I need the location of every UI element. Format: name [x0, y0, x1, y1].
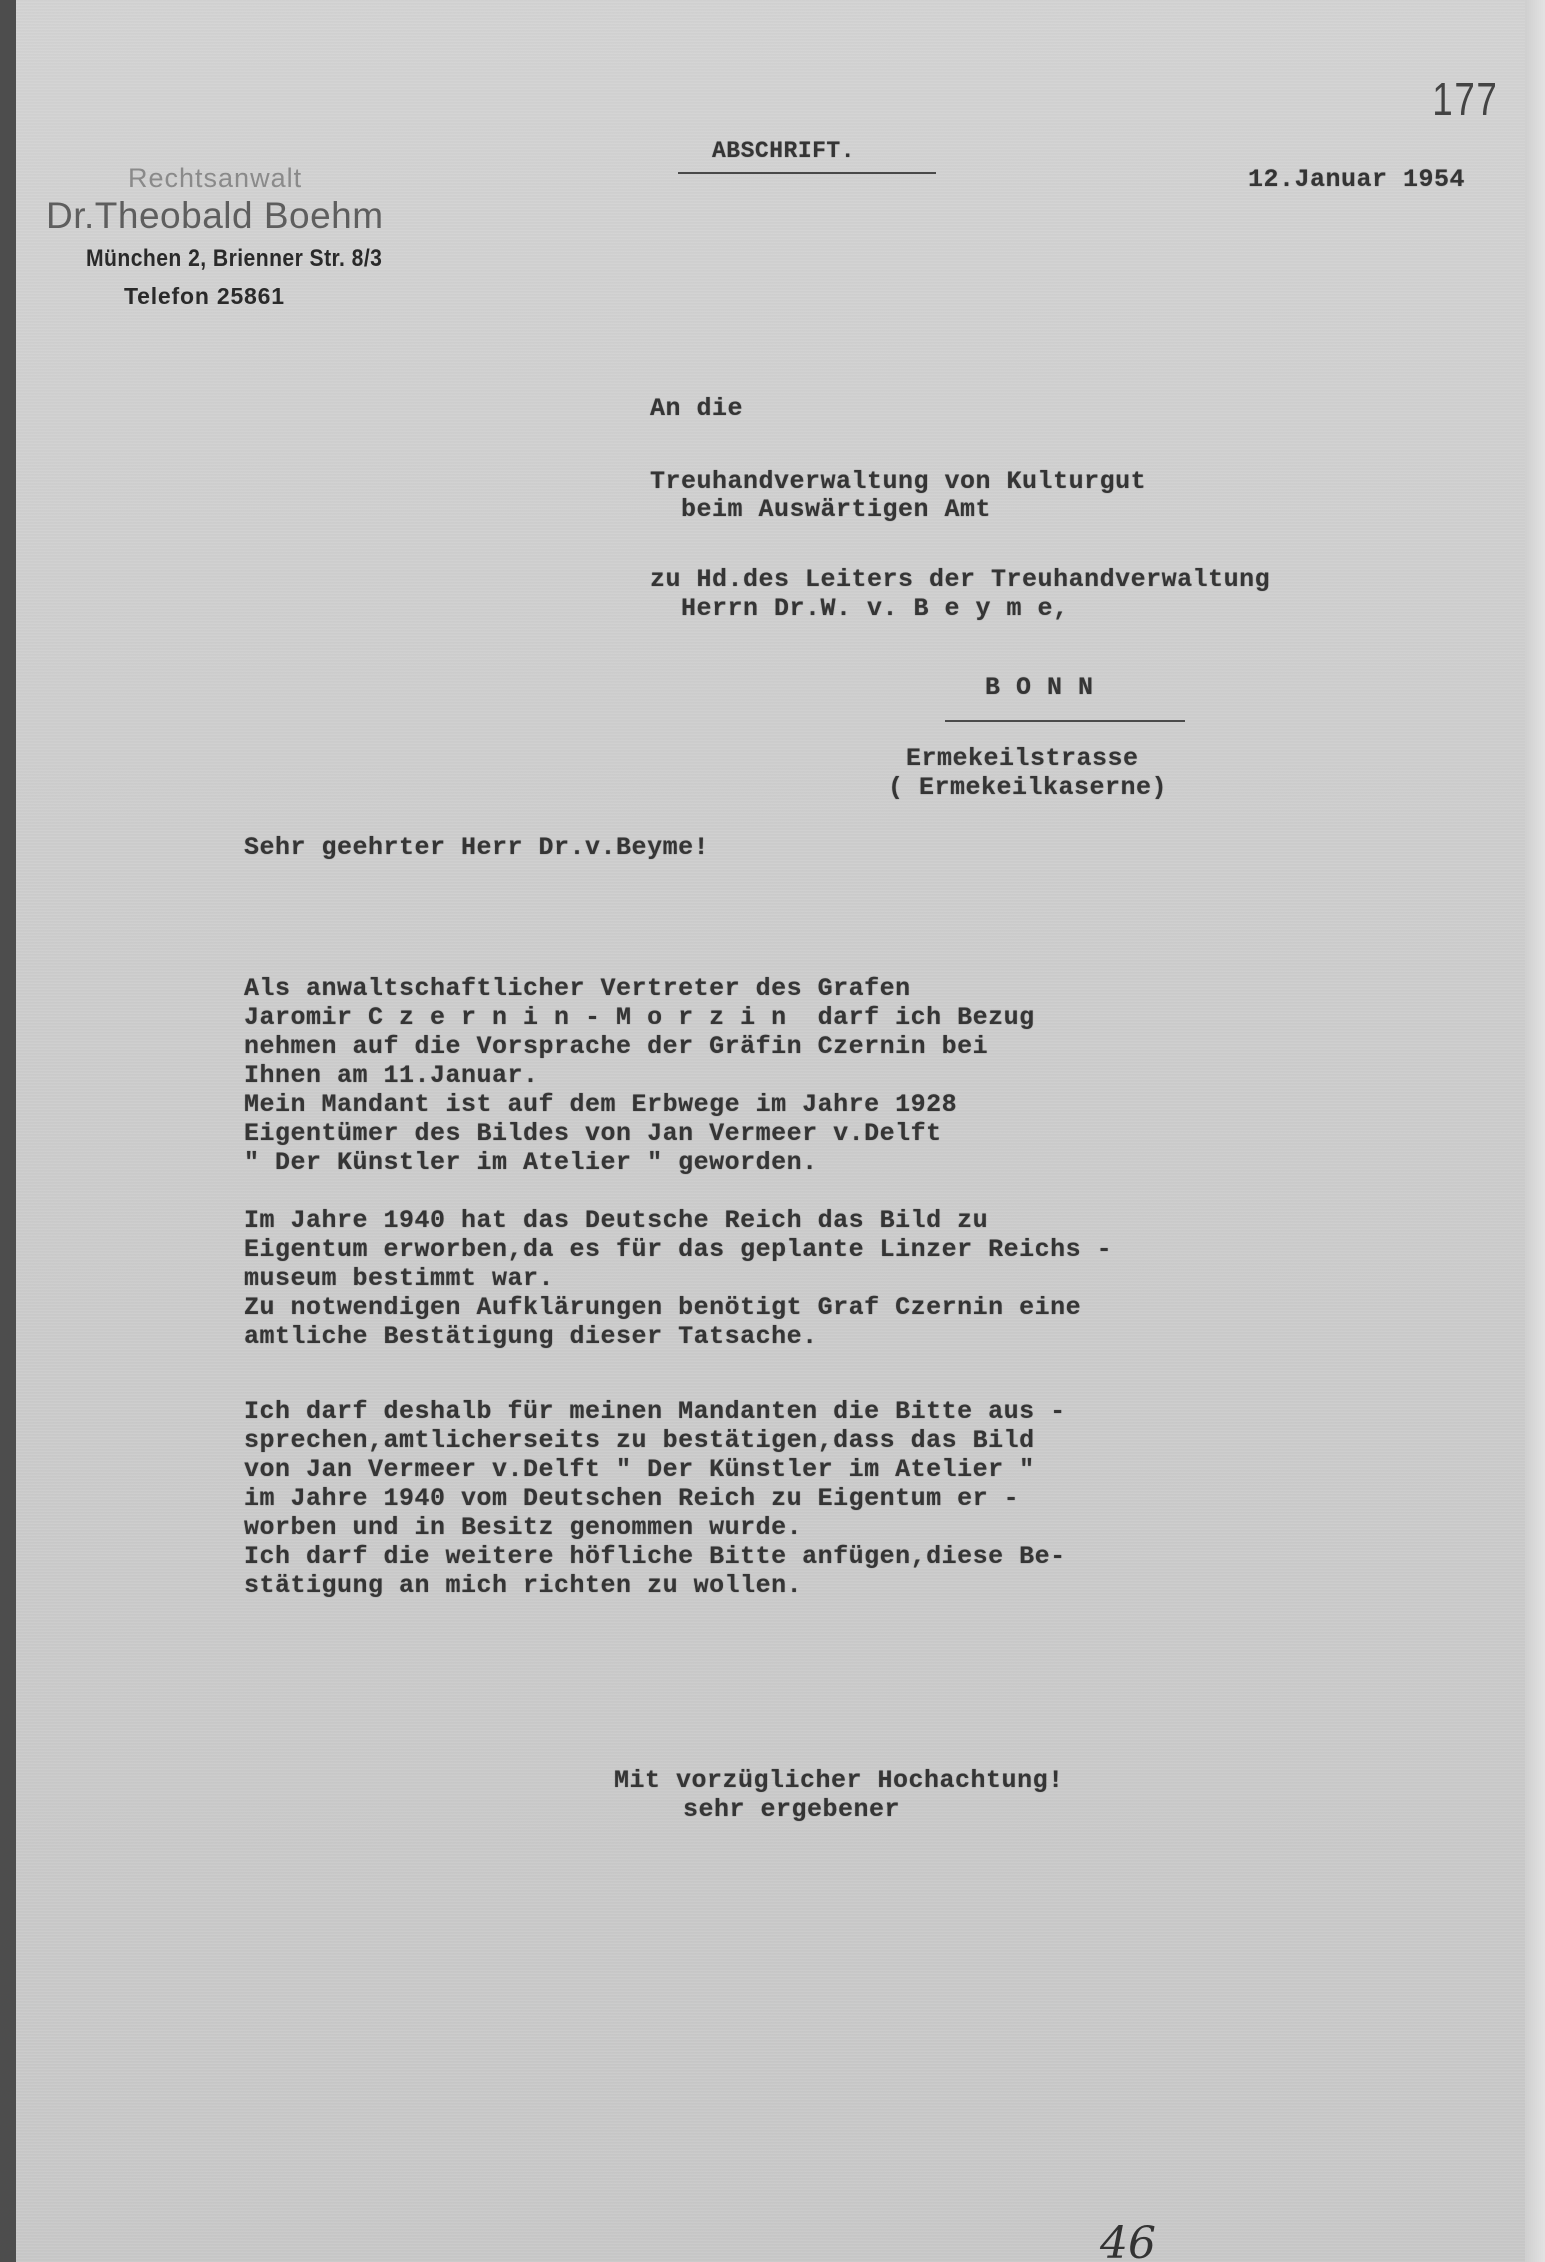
- body-line: Ich darf die weitere höfliche Bitte anfü…: [244, 1543, 1066, 1571]
- letter-date: 12.Januar 1954: [1248, 166, 1465, 194]
- body-line: Ich darf deshalb für meinen Mandanten di…: [244, 1398, 1066, 1426]
- header-label: ABSCHRIFT.: [712, 137, 855, 165]
- handwritten-page-number: 46: [1100, 2218, 1156, 2262]
- body-line: " Der Künstler im Atelier " geworden.: [244, 1149, 818, 1177]
- scan-left-border: [0, 0, 16, 2262]
- scan-right-border: [1525, 0, 1545, 2262]
- city-underline: [945, 720, 1185, 722]
- closing-line: sehr ergebener: [652, 1796, 900, 1824]
- body-line: nehmen auf die Vorsprache der Gräfin Cze…: [244, 1033, 988, 1061]
- body-line: sprechen,amtlicherseits zu bestätigen,da…: [244, 1427, 1035, 1455]
- letterhead-phone: Telefon 25861: [124, 283, 285, 310]
- greeting: Sehr geehrter Herr Dr.v.Beyme!: [244, 834, 709, 862]
- body-line: Ihnen am 11.Januar.: [244, 1062, 539, 1090]
- recipient-org-line: beim Auswärtigen Amt: [650, 496, 991, 524]
- body-line: Jaromir C z e r n i n - M o r z i n darf…: [244, 1004, 1035, 1032]
- letterhead-name: Dr.Theobald Boehm: [46, 195, 384, 237]
- body-line: im Jahre 1940 vom Deutschen Reich zu Eig…: [244, 1485, 1019, 1513]
- body-line: museum bestimmt war.: [244, 1265, 554, 1293]
- body-line: Zu notwendigen Aufklärungen benötigt Gra…: [244, 1294, 1081, 1322]
- recipient-street-line: Ermekeilstrasse: [906, 745, 1139, 773]
- recipient-attention-line: Herrn Dr.W. v. B e y m e,: [650, 595, 1069, 623]
- letterhead-title: Rechtsanwalt: [128, 163, 302, 194]
- body-line: amtliche Bestätigung dieser Tatsache.: [244, 1323, 818, 1351]
- body-line: Mein Mandant ist auf dem Erbwege im Jahr…: [244, 1091, 957, 1119]
- body-line: worben und in Besitz genommen wurde.: [244, 1514, 802, 1542]
- recipient-attention-line: zu Hd.des Leiters der Treuhandverwaltung: [650, 566, 1270, 594]
- body-line: Als anwaltschaftlicher Vertreter des Gra…: [244, 975, 911, 1003]
- body-line: Eigentümer des Bildes von Jan Vermeer v.…: [244, 1120, 942, 1148]
- folio-number: 177: [1432, 72, 1498, 126]
- recipient-city: B O N N: [985, 674, 1094, 702]
- letterhead-address: München 2, Brienner Str. 8/3: [86, 245, 382, 273]
- header-underline: [678, 172, 936, 174]
- body-line: Eigentum erworben,da es für das geplante…: [244, 1236, 1112, 1264]
- body-line: Im Jahre 1940 hat das Deutsche Reich das…: [244, 1207, 988, 1235]
- body-line: von Jan Vermeer v.Delft " Der Künstler i…: [244, 1456, 1035, 1484]
- recipient-salutation-line: An die: [650, 395, 743, 423]
- closing-line: Mit vorzüglicher Hochachtung!: [614, 1767, 1064, 1795]
- recipient-org-line: Treuhandverwaltung von Kulturgut: [650, 468, 1146, 496]
- body-line: stätigung an mich richten zu wollen.: [244, 1572, 802, 1600]
- recipient-street-line: ( Ermekeilkaserne): [888, 774, 1167, 802]
